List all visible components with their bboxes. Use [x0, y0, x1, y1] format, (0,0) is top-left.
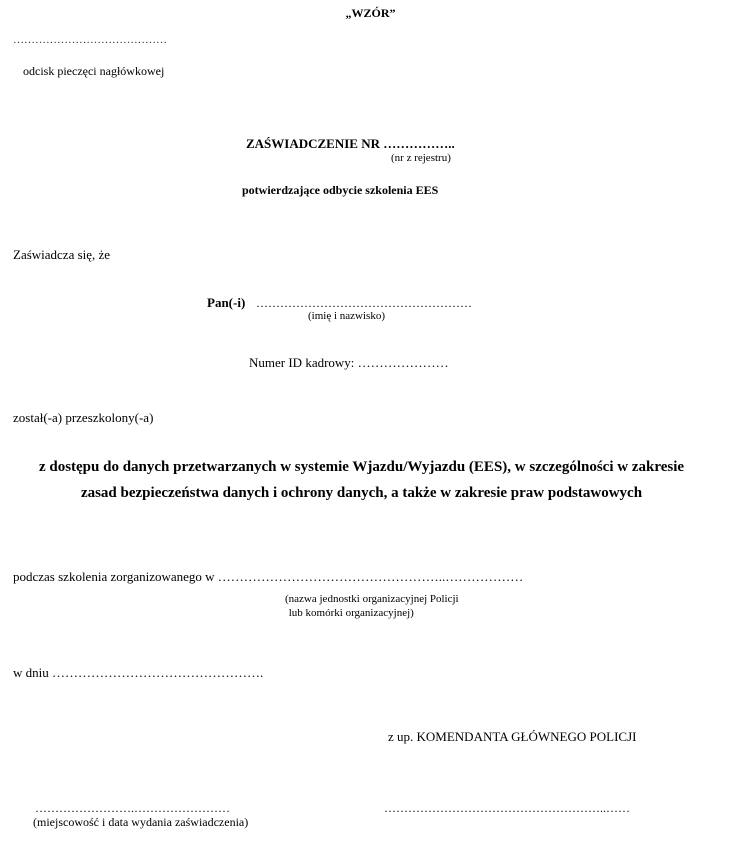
person-name-field: ………………………………………………: [256, 297, 472, 309]
stamp-label: odcisk pieczęci nagłówkowej: [23, 65, 164, 77]
training-scope-line-2: zasad bezpieczeństwa danych i ochrony da…: [0, 486, 726, 501]
certificate-subtitle: potwierdzające odbycie szkolenia EES: [242, 184, 438, 196]
stamp-dots: ……………………………………: [13, 35, 167, 46]
authority-label: z up. KOMENDANTA GŁÓWNEGO POLICJI: [388, 730, 636, 743]
staff-id-field: Numer ID kadrowy: …………………: [249, 356, 449, 369]
training-scope-line-1: z dostępu do danych przetwarzanych w sys…: [0, 460, 726, 475]
place-date-hint: (miejscowość i data wydania zaświadczeni…: [33, 816, 248, 828]
training-date-field: w dniu ………………………………………….: [13, 666, 263, 679]
person-prefix: Pan(-i): [207, 296, 245, 309]
certificate-title: ZAŚWIADCZENIE NR ……………..: [246, 137, 455, 150]
signature-dots: ………………………………………………..……: [384, 802, 630, 814]
template-label: „WZÓR”: [6, 7, 729, 19]
organizing-unit-hint-2: lub komórki organizacyjnej): [286, 608, 414, 619]
registry-number-hint: (nr z rejestru): [391, 153, 451, 164]
trained-text: został(-a) przeszkolony(-a): [13, 411, 153, 424]
certifies-text: Zaświadcza się, że: [13, 248, 110, 261]
place-date-dots: …………………….……………………: [35, 802, 230, 814]
person-name-hint: (imię i nazwisko): [308, 311, 385, 322]
organizing-unit-hint-1: (nazwa jednostki organizacyjnej Policji: [285, 594, 459, 605]
organizing-unit-field: podczas szkolenia zorganizowanego w ……………: [13, 570, 523, 583]
